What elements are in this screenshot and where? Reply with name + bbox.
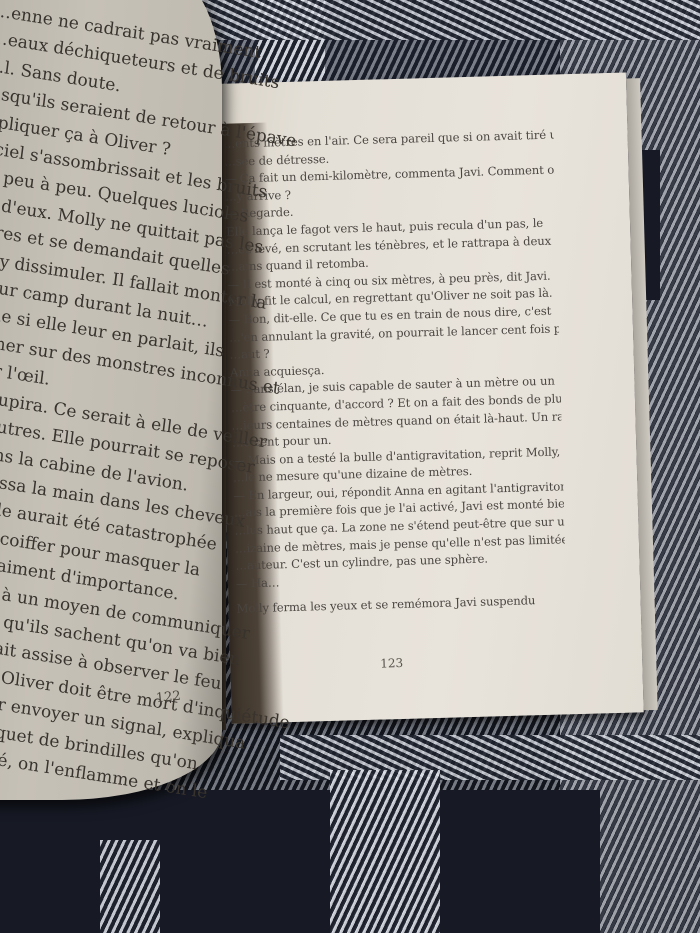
page-number: 123 <box>380 656 403 671</box>
page-number: 122 <box>155 689 181 707</box>
blanket-stripe <box>100 840 160 933</box>
blanket-stripe <box>170 0 700 40</box>
book-page-left: …enne ne cadrait pas vraiment …eaux déch… <box>0 0 222 800</box>
blanket-dark-square <box>0 790 330 933</box>
blanket-stripe <box>330 770 440 933</box>
page-text-right: …ents mètres en l'air. Ce sera pareil qu… <box>223 127 566 619</box>
blanket-dark-square <box>440 790 600 933</box>
photo-scene: …ents mètres en l'air. Ce sera pareil qu… <box>0 0 700 933</box>
book-page-right: …ents mètres en l'air. Ce sera pareil qu… <box>214 72 644 723</box>
text-line: Molly ferma les yeux et se remémora Javi… <box>236 592 566 619</box>
page-text-left: …enne ne cadrait pas vraiment …eaux déch… <box>0 0 253 800</box>
